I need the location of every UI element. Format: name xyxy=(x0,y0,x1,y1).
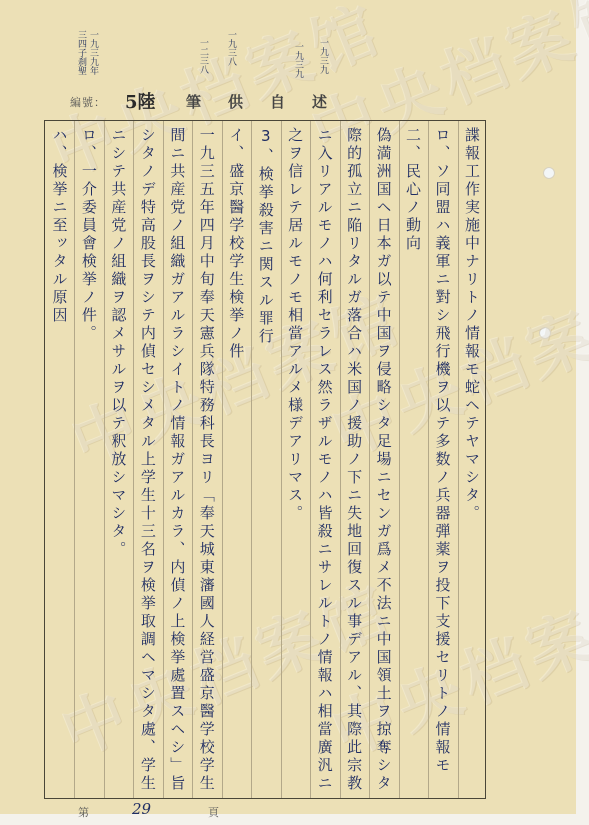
column-rule xyxy=(428,121,429,798)
page-number: 29 xyxy=(132,800,151,818)
text-column: 偽満洲国ヘ日本ガ以テ中国ヲ侵略シタ足場ニセンガ爲メ不法ニ中国領土ヲ掠奪シタモノデ… xyxy=(371,127,396,795)
title-char: 自 xyxy=(270,91,285,112)
text-column: 3、検挙殺害ニ関スル罪行 xyxy=(253,127,278,795)
text-column: ハ、検挙ニ至ッタル原因 xyxy=(47,127,72,795)
column-rule xyxy=(74,121,75,798)
handwritten-annotation: 一九三九年 xyxy=(88,30,98,75)
column-rule xyxy=(133,121,134,798)
handwritten-annotation: 一九三八 xyxy=(226,30,236,66)
punch-hole-icon xyxy=(539,327,551,339)
column-rule xyxy=(340,121,341,798)
text-column: 之ヲ信レテ居ルモノモ相當アルメ様デアリマス。 xyxy=(283,127,308,795)
number-label: 編號： xyxy=(70,94,106,110)
text-column: 間ニ共産党ノ組織ガアルラシイトノ情報ガアルカラ、内偵ノ上検挙處置スヘシ」旨指示ガ… xyxy=(165,127,190,795)
text-column: イ、盛京醫学校学生検挙ノ件 xyxy=(224,127,249,795)
punch-hole-icon xyxy=(543,167,555,179)
page-margin xyxy=(576,0,589,825)
text-column: 諜報工作実施中ナリトノ情報モ蛇ヘテヤマシタ。 xyxy=(460,127,485,795)
column-rule xyxy=(251,121,252,798)
text-column: ニ入リアルモノハ何利セラレス然ラザルモノハ皆殺ニサレルトノ情報ハ相當廣汎ニ民ノ間… xyxy=(312,127,337,795)
column-rule xyxy=(104,121,105,798)
column-rule xyxy=(399,121,400,798)
column-rule xyxy=(222,121,223,798)
handwritten-annotation: 一九三九 xyxy=(293,42,303,78)
column-rule xyxy=(281,121,282,798)
page-footer: 第 29 頁 xyxy=(60,802,460,820)
text-column: 際的孤立ニ陥リタルガ落合ハ米国ノ援助ノ下ニ失地回復スル事デアル、其際此宗教（邪教… xyxy=(342,127,367,795)
column-rule xyxy=(310,121,311,798)
number-value: 5陸 xyxy=(125,88,156,114)
text-column: ロ、ソ同盟ハ義軍ニ對シ飛行機ヲ以テ多数ノ兵器弾薬ヲ投下支援セリトノ情報モ時々アリ… xyxy=(430,127,455,795)
text-column: 一九三五年四月中旬奉天憲兵隊特務科長ヨリ「奉天城東瀋國人経営盛京醫学校学生 xyxy=(194,127,219,795)
column-rule xyxy=(192,121,193,798)
handwritten-annotation: 一二三八 xyxy=(198,38,208,74)
text-column: ニシテ共産党ノ組織ヲ認メサルヲ以テ釈放シマシタ。 xyxy=(106,127,131,795)
text-column: 二、民心ノ動向 xyxy=(401,127,426,795)
column-rule xyxy=(369,121,370,798)
form-header: 編號： 5陸 筆 供 自 述 xyxy=(0,88,576,112)
title-char: 供 xyxy=(228,91,243,112)
page-label-suffix: 頁 xyxy=(208,804,219,820)
column-rule xyxy=(163,121,164,798)
handwritten-annotation: 一九三九 xyxy=(318,38,328,74)
handwritten-annotation: 三四子刹聖 xyxy=(76,30,86,75)
title-char: 筆 xyxy=(186,91,201,112)
column-rule xyxy=(458,121,459,798)
page-label-prefix: 第 xyxy=(78,804,89,820)
text-column: シタノデ特高股長ヲシテ内偵セシメタル上学生十三名ヲ検挙取調ヘマシタ處、学生自治會 xyxy=(135,127,160,795)
text-column: ロ、一介委員會検挙ノ件。 xyxy=(76,127,101,795)
ruled-frame: 諜報工作実施中ナリトノ情報モ蛇ヘテヤマシタ。ロ、ソ同盟ハ義軍ニ對シ飛行機ヲ以テ多… xyxy=(44,120,486,799)
title-char: 述 xyxy=(312,91,327,112)
